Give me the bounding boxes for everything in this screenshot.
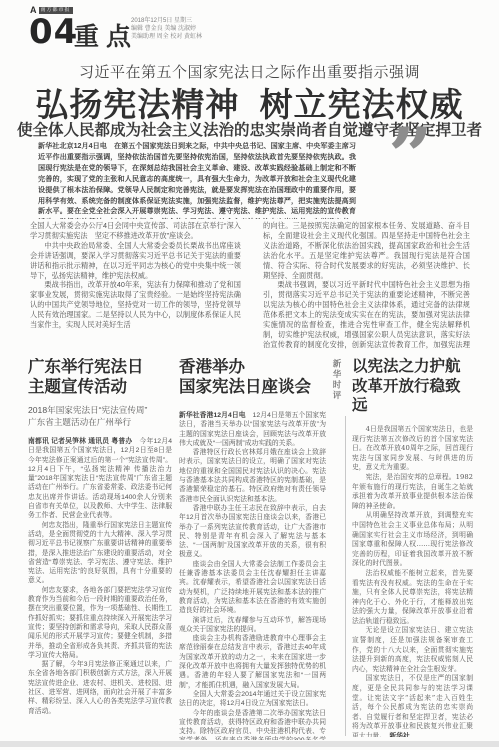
dateline: 南都讯 记者吴笋林 通讯员 粤普办 bbox=[28, 438, 132, 445]
byline: 新华社 bbox=[389, 733, 409, 737]
page-number: 04 bbox=[29, 12, 78, 52]
paragraph: 据了解，今年3月宪法修正案通过以来，广东全省各地各部门积极创新方式方法，深入开展… bbox=[28, 660, 172, 716]
paragraph: 香港中联办主任王志民在致辞中表示，自去年12月首次举办国家宪法日座谈会以来，香港… bbox=[179, 504, 326, 560]
footer-band bbox=[0, 741, 499, 747]
dateline: 新华社香港12月4日电 bbox=[179, 412, 246, 419]
paragraph: 宪法，是治国安邦的总章程。1982年颁布施行的现行宪法，自诞生之始就承担着为改革… bbox=[352, 473, 473, 511]
staff-line-1: 编辑 曹金良 美编 沈淑婷 bbox=[131, 25, 202, 33]
section-name: 重点 bbox=[74, 17, 138, 53]
paragraph: 座谈会由全国人大常委会法制工作委员会主任兼香港基本法委员会主任沈春耀担任主讲嘉宾… bbox=[179, 560, 326, 616]
guangdong-article: 广东举行宪法日主题宣传活动 2018年国家宪法日“宪法宣传周”广东省主题活动在广… bbox=[28, 358, 172, 740]
commentary-body: 4日是我国第五个国家宪法日，也是现行宪法第五次修改后的首个国家宪法日。在改革开放… bbox=[352, 425, 473, 737]
title-line: 主题宣传活动 bbox=[28, 378, 127, 396]
paragraph: 国家宪法日，不仅是庄严的国家制度，更是全民共同参与的宪法学习课堂。让宪法文字“活… bbox=[352, 674, 473, 737]
lead-intro-paragraph: 新华社北京12月4日电 在第五个国家宪法日到来之际，中共中央总书记、国家主席、中… bbox=[38, 141, 356, 219]
hongkong-body: 新华社香港12月4日电 12月4日是第五个国家宪法日，香港当天举办以“国家宪法与… bbox=[179, 411, 326, 740]
paragraph: 从明确坚持改革开放，到调整充实中国特色社会主义事业总体布局；从明确国家实行社会主… bbox=[352, 511, 473, 569]
paragraph: 南都讯 记者吴笋林 通讯员 粤普办 今年12月4日是我国第五个国家宪法日，12月… bbox=[28, 437, 172, 521]
publication-info: 2018年12月5日 星期三 编辑 曹金良 美编 沈淑婷 美编助理 周全 校对 … bbox=[131, 17, 202, 41]
lead-body-column-1: 全国人大常委会办公厅4日会同中央宣传部、司法部在京举行“深入学习贯彻实施宪法 坚… bbox=[30, 221, 241, 349]
title-line: 广东举行宪法日 bbox=[28, 358, 144, 376]
paragraph: 栗战书指出，改革开放40年来，宪法有力保障和推动了党和国家事业发展，贯彻实施宪法… bbox=[30, 280, 241, 330]
paragraph-text: 国家宪法日，不仅是庄严的国家制度，更是全民共同参与的宪法学习课堂。让宪法文字“活… bbox=[352, 674, 473, 737]
lead-body-column-2: 的向往。三是按照宪法确定的国家根本任务、发展道路、奋斗目标，全面建设社会主义现代… bbox=[263, 221, 470, 349]
guangdong-subtitle: 2018年国家宪法日“宪法宣传周”广东省主题活动在广州举行 bbox=[28, 404, 172, 428]
paragraph: 新华社香港12月4日电 12月4日是第五个国家宪法日，香港当天举办以“国家宪法与… bbox=[179, 411, 326, 448]
newspaper-page: A 南方都市报 04 重点 2018年12月5日 星期三 编辑 曹金良 美编 沈… bbox=[0, 0, 499, 750]
commentary-title: 以宪法之力护航改革开放行稳致远 bbox=[352, 357, 474, 416]
paragraph: 今年的座谈会是香港第二次举办国家宪法日宣传教育活动，获得特区政府和香港中联办共同… bbox=[179, 709, 326, 741]
staff-line-2: 美编助理 周全 校对 黄虹林 bbox=[131, 33, 202, 41]
hongkong-article: 香港举办国家宪法日座谈会 新华社香港12月4日电 12月4日是第五个国家宪法日，… bbox=[179, 358, 326, 740]
subtitle-line: 广东省主题活动在广州举行 bbox=[28, 417, 131, 427]
paragraph: 座谈会主办机构香港励进教育中心理事会主席范徐丽泰在总结发言中表示，香港过去40年… bbox=[179, 634, 326, 690]
paragraph: 香港特区行政长官林郑月娥在座谈会上致辞时表示，国家宪法日的设立，明确了国家对宪法… bbox=[179, 448, 326, 504]
vertical-divider bbox=[345, 416, 346, 736]
paragraph: 法治权威能不能树立起来，首先要看宪法有没有权威。宪法的生命在于实施，只有全体人民… bbox=[352, 569, 473, 627]
paragraph: 中共中央政治局常委、全国人大常委会委员长栗战书出席座谈会并讲话强调，要深入学习贯… bbox=[30, 241, 241, 281]
title-line: 改革开放行稳致远 bbox=[352, 378, 461, 415]
paragraph: 的向往。三是按照宪法确定的国家根本任务、发展道路、奋斗目标，全面建设社会主义现代… bbox=[263, 221, 470, 280]
paragraph: 全国人大常委会2014年通过关于设立国家宪法日的决定，将12月4日设立为国家宪法… bbox=[179, 690, 326, 709]
paragraph-text: 今年12月4日是我国第五个国家宪法日，12月2日至8日是今年宪法修正案通过后的第… bbox=[28, 438, 172, 519]
hongkong-title: 香港举办国家宪法日座谈会 bbox=[179, 358, 326, 397]
paragraph: 何忠友要求，各地各部门要把宪法学习宣传教育作为当前和今后一段时期的重要政治任务，… bbox=[28, 586, 172, 660]
paragraph: 全国人大常委会办公厅4日会同中央宣传部、司法部在京举行“深入学习贯彻实施宪法 坚… bbox=[30, 221, 241, 241]
commentary-label: 新华时评 bbox=[331, 359, 343, 409]
paragraph: 栗战书强调，要以习近平新时代中国特色社会主义思想为指引，贯彻落实习近平总书记关于… bbox=[263, 280, 470, 349]
paragraph: 何忠友指出，隆重举行国家宪法日主题宣传活动，是全面贯彻党的十九大精神、深入学习贯… bbox=[28, 521, 172, 586]
paragraph: 4日是我国第五个国家宪法日，也是现行宪法第五次修改后的首个国家宪法日。在改革开放… bbox=[352, 425, 473, 473]
subtitle-line: 2018年国家宪法日“宪法宣传周” bbox=[28, 405, 147, 415]
guangdong-title: 广东举行宪法日主题宣传活动 bbox=[28, 358, 172, 397]
date-line: 2018年12月5日 星期三 bbox=[131, 17, 202, 25]
title-line: 以宪法之力护航 bbox=[352, 358, 461, 375]
title-line: 香港举办 bbox=[179, 358, 245, 376]
guangdong-body: 南都讯 记者吴笋林 通讯员 粤普办 今年12月4日是我国第五个国家宪法日，12月… bbox=[28, 437, 172, 716]
quotation-mark-icon: ” bbox=[388, 118, 458, 188]
paragraph: 无论是设立国家宪法日、建立宪法宣誓制度，还是加强法规备案审查工作，党的十八大以来… bbox=[352, 626, 473, 674]
title-line: 国家宪法日座谈会 bbox=[179, 378, 311, 396]
paragraph: 演讲过后，沈春耀参与互动环节，解答现场观众关于国家宪法的提问。 bbox=[179, 616, 326, 635]
